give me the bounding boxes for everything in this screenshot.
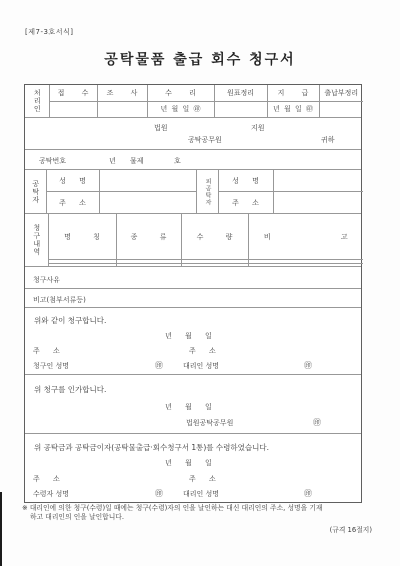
claim-section-label: 청구내역 [25,214,48,266]
court-officer-sign-label: 법원공탁공무원 [186,418,233,428]
claim-type-header: 종 류 [116,214,181,260]
officer-label: 공탁공무원 [188,135,222,145]
deposit-year-label: 년 [109,156,116,166]
depositor-label: 공탁자 [25,170,46,213]
footnote-line1: ※ 대리인에 의한 청구(수령)일 때에는 청구(수령)자의 인을 날인하는 대… [22,504,374,513]
receipt-agent-address-label[interactable]: 주 소 [189,474,216,484]
col-acceptance-label: 수 리 [147,85,214,101]
handler-label: 처리인 [25,85,49,117]
claim-reason-section[interactable]: 청구사유 [25,267,361,289]
cashbook-stamp-cell[interactable] [319,101,363,117]
col-receipt-label: 접 수 [49,85,97,101]
depositor-address-label: 주 소 [46,192,99,214]
court-section: 법원 지원 공탁공무원 귀하 [25,118,361,150]
counter-name-field[interactable] [273,170,363,192]
form-main-box: 처리인 접 수 조 사 수 리 원표정리 지 급 출납부정리 년 월 일 ㊞ 년… [24,84,362,503]
acceptance-date-seal-field[interactable]: 년 월 일 ㊞ [147,101,214,117]
col-ledger-label: 원표정리 [214,85,267,101]
ledger-stamp-cell[interactable] [214,101,267,117]
deposit-number-section: 공탁번호 년 물제 호 [25,150,361,170]
review-stamp-cell[interactable] [97,101,147,117]
claim-qty-field[interactable] [181,264,248,266]
deposit-no-suffix-label: 호 [174,156,181,166]
scan-edge-artifact [0,492,2,566]
depositor-address-field[interactable] [99,192,196,214]
recipient-address-label[interactable]: 주 소 [33,474,60,484]
request-section: 위와 같이 청구합니다. 년 월 일 주 소 주 소 청구인 성명 ㊞ 대리인 … [25,308,361,375]
footnote: ※ 대리인에 의한 청구(수령)일 때에는 청구(수령)자의 인을 날인하는 대… [22,504,374,522]
request-statement: 위와 같이 청구합니다. [34,315,106,326]
officer-seal-mark: ㊞ [313,417,321,428]
claim-type-field[interactable] [116,264,181,266]
branch-label: 지원 [251,123,265,133]
col-cashbook-label: 출납부정리 [319,85,363,101]
form-page: [제7-3호서식] 공탁물품 출급 회수 청구서 처리인 접 수 조 사 수 리… [0,0,400,566]
approval-section: 위 청구를 인가합니다. 년 월 일 법원공탁공무원 ㊞ [25,375,361,434]
recipient-name-label[interactable]: 수령자 성명 [33,489,69,499]
request-date-field[interactable]: 년 월 일 [165,331,212,341]
counter-depositor-label: 피공탁자 [196,170,218,213]
deposit-category-label: 물제 [130,156,144,166]
claim-qty-header: 수 량 [181,214,248,260]
claimant-address-label[interactable]: 주 소 [33,346,60,356]
counter-address-field[interactable] [273,192,363,214]
court-label: 법원 [154,123,168,133]
receipt-stamp-cell[interactable] [49,101,97,117]
claim-note-field[interactable] [248,264,363,266]
receipt-agent-name-label[interactable]: 대리인 성명 [183,489,219,499]
claim-name-header: 명 칭 [48,214,116,260]
approval-statement: 위 청구를 인가합니다. [34,384,106,395]
parties-table: 공탁자 성 명 피공탁자 성 명 주 소 주 소 [25,170,363,213]
claim-name-field[interactable] [48,264,116,266]
honorific-label: 귀하 [321,135,335,145]
counter-address-label: 주 소 [218,192,273,214]
col-review-label: 조 사 [97,85,147,101]
col-payment-label: 지 급 [267,85,319,101]
parties-section: 공탁자 성 명 피공탁자 성 명 주 소 주 소 [25,170,361,214]
process-stamp-table: 처리인 접 수 조 사 수 리 원표정리 지 급 출납부정리 년 월 일 ㊞ 년… [25,85,363,117]
remarks-label: 비고(첨부서류등) [33,295,86,305]
remarks-section[interactable]: 비고(첨부서류등) [25,289,361,308]
claim-reason-label: 청구사유 [33,275,60,285]
claimant-name-label[interactable]: 청구인 성명 [33,361,69,371]
agent-address-label[interactable]: 주 소 [189,346,216,356]
paper-spec-note: (규격 16절지) [330,524,372,534]
depositor-name-label: 성 명 [46,170,99,192]
claim-details-table: 청구내역 명 칭 종 류 수 량 비 고 [25,214,363,266]
counter-name-label: 성 명 [218,170,273,192]
page-title: 공탁물품 출급 회수 청구서 [0,49,400,69]
process-stamp-section: 처리인 접 수 조 사 수 리 원표정리 지 급 출납부정리 년 월 일 ㊞ 년… [25,85,361,118]
payment-date-seal-field[interactable]: 년 월 일 ㊞ [267,101,319,117]
form-code: [제7-3호서식] [25,27,73,37]
recipient-seal-mark: ㊞ [155,488,163,499]
claimant-seal-mark: ㊞ [155,360,163,371]
claim-details-section: 청구내역 명 칭 종 류 수 량 비 고 [25,214,361,267]
receipt-statement: 위 공탁금과 공탁금이자(공탁물출급·회수청구서 1통)를 수령하였습니다. [34,442,269,453]
claim-note-header: 비 고 [248,214,363,260]
agent-seal-mark: ㊞ [304,360,312,371]
receipt-date-field[interactable]: 년 월 일 [165,458,212,468]
approval-date-field[interactable]: 년 월 일 [165,402,212,412]
depositor-name-field[interactable] [99,170,196,192]
receipt-agent-seal-mark: ㊞ [304,488,312,499]
agent-name-label[interactable]: 대리인 성명 [183,361,219,371]
footnote-line2: 하고 대리인의 인을 날인합니다. [30,513,374,522]
receipt-section: 위 공탁금과 공탁금이자(공탁물출급·회수청구서 1통)를 수령하였습니다. 년… [25,434,361,502]
deposit-number-label: 공탁번호 [39,156,66,166]
